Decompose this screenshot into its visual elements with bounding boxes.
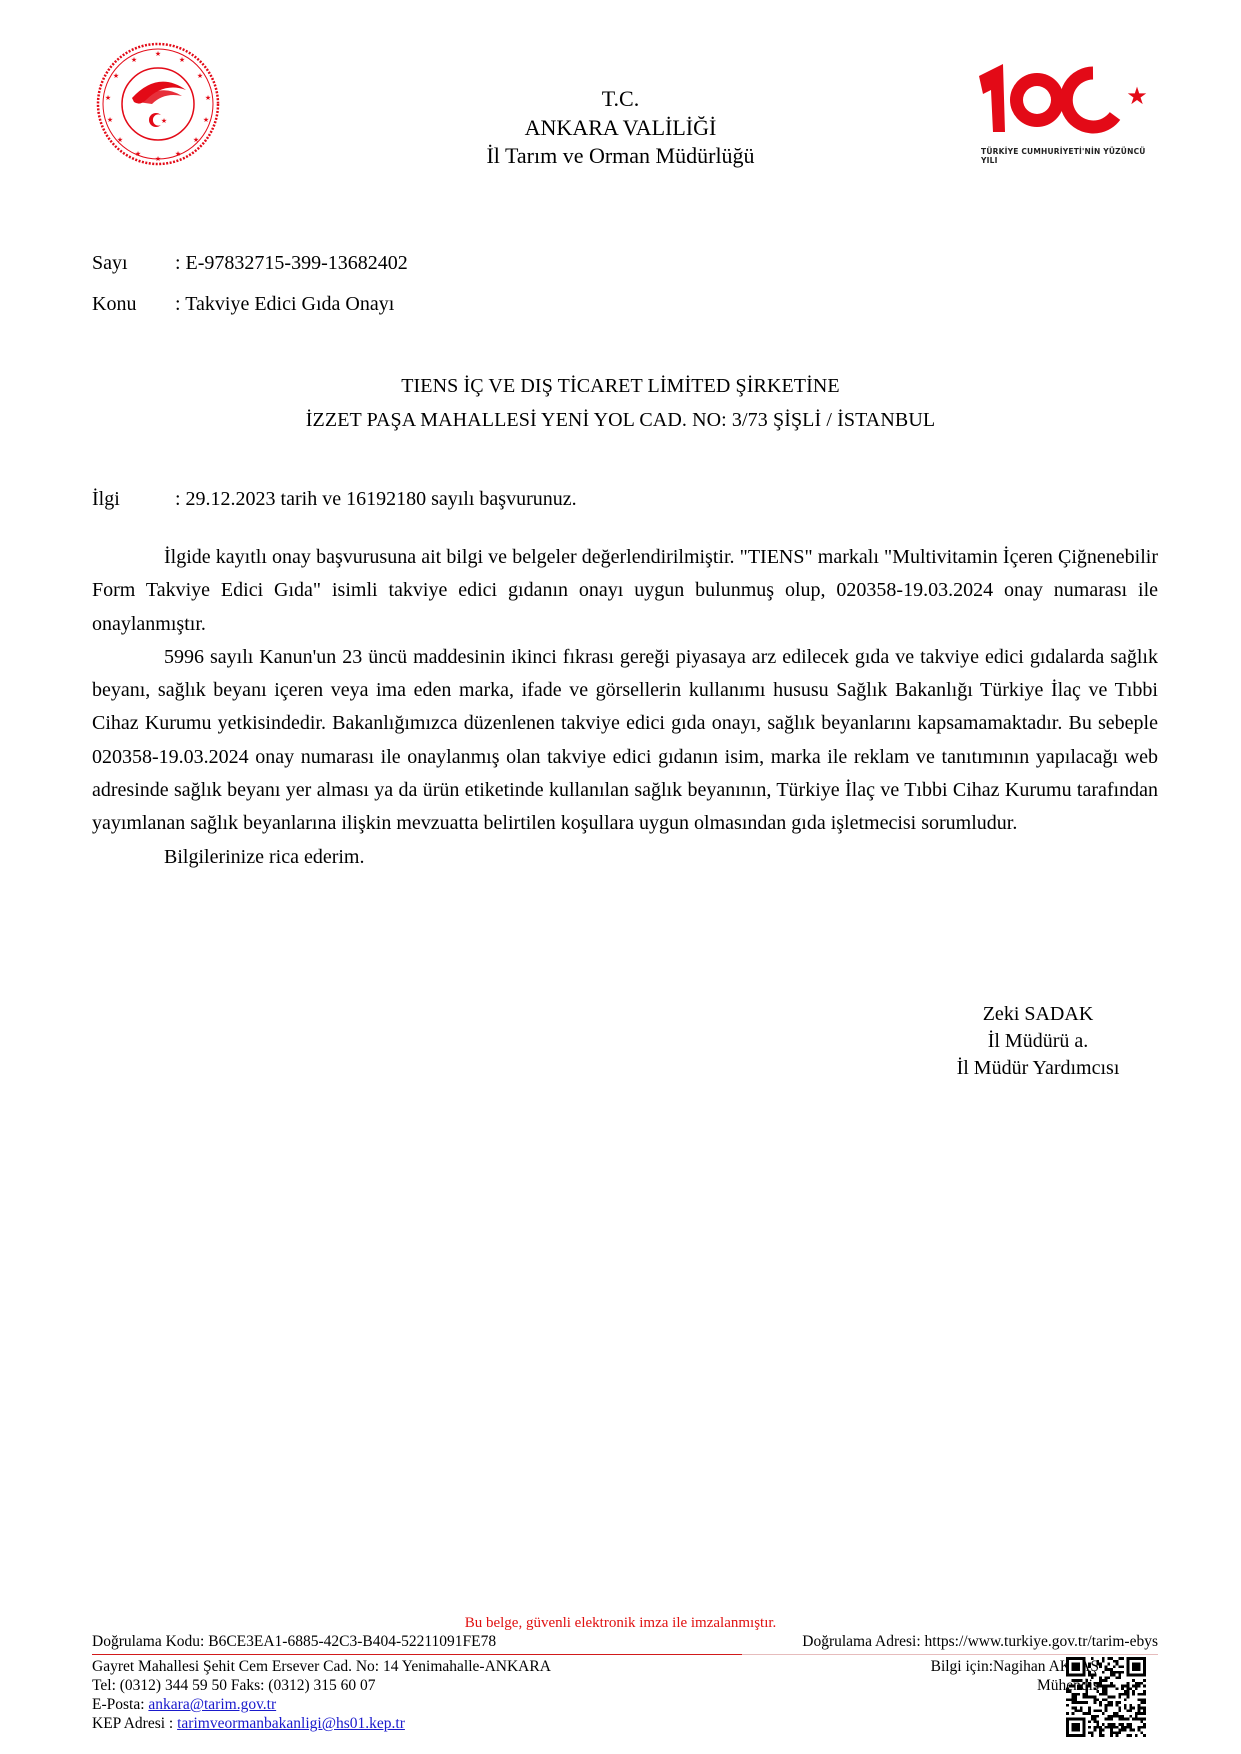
centennial-caption: TÜRKİYE CUMHURİYETİ'NİN YÜZÜNCÜ YILI	[975, 147, 1155, 165]
svg-text:★: ★	[179, 56, 185, 64]
footer-divider-grey	[742, 1654, 1158, 1655]
recipient-name: TIENS İÇ VE DIŞ TİCARET LİMİTED ŞİRKETİN…	[0, 374, 1241, 398]
qr-code	[1066, 1657, 1146, 1737]
email-label: E-Posta:	[92, 1696, 148, 1713]
signatory-role: İl Müdür Yardımcısı	[918, 1055, 1158, 1082]
body-paragraph-3: Bilgilerinize rica ederim.	[92, 841, 1158, 874]
email-link[interactable]: ankara@tarim.gov.tr	[148, 1696, 276, 1713]
kep-label: KEP Adresi :	[92, 1715, 177, 1732]
signature-block: Zeki SADAK İl Müdürü a. İl Müdür Yardımc…	[918, 1001, 1158, 1082]
esign-notice: Bu belge, güvenli elektronik imza ile im…	[0, 1614, 1241, 1632]
centennial-100-icon: ★	[975, 60, 1155, 136]
svg-text:★: ★	[131, 56, 137, 64]
svg-text:★: ★	[155, 50, 161, 58]
centennial-logo: ★ TÜRKİYE CUMHURİYETİ'NİN YÜZÜNCÜ YILI	[975, 60, 1155, 160]
ilgi-label: İlgi	[92, 487, 175, 511]
footer-divider-red	[92, 1654, 742, 1655]
office-phone: Tel: (0312) 344 59 50 Faks: (0312) 315 6…	[92, 1676, 376, 1695]
body-paragraph-1: İlgide kayıtlı onay başvurusuna ait bilg…	[92, 541, 1158, 641]
qr-code-icon	[1066, 1657, 1146, 1737]
konu-label: Konu	[92, 292, 175, 316]
recipient-address: İZZET PAŞA MAHALLESİ YENİ YOL CAD. NO: 3…	[0, 408, 1241, 432]
meta-sayi-row: Sayı: E-97832715-399-13682402	[92, 251, 408, 275]
verification-address: Doğrulama Adresi: https://www.turkiye.go…	[802, 1632, 1158, 1651]
body-paragraph-2: 5996 sayılı Kanun'un 23 üncü maddesinin …	[92, 641, 1158, 841]
letter-body: İlgide kayıtlı onay başvurusuna ait bilg…	[92, 541, 1158, 874]
signatory-title: İl Müdürü a.	[918, 1028, 1158, 1055]
konu-value: : Takviye Edici Gıda Onayı	[175, 293, 394, 315]
office-address: Gayret Mahallesi Şehit Cem Ersever Cad. …	[92, 1657, 551, 1676]
ilgi-row: İlgi: 29.12.2023 tarih ve 16192180 sayıl…	[92, 487, 577, 511]
ilgi-value: : 29.12.2023 tarih ve 16192180 sayılı ba…	[175, 488, 577, 510]
sayi-value: : E-97832715-399-13682402	[175, 252, 408, 274]
svg-text:★: ★	[1126, 82, 1148, 110]
sayi-label: Sayı	[92, 251, 175, 275]
signatory-name: Zeki SADAK	[918, 1001, 1158, 1028]
meta-konu-row: Konu: Takviye Edici Gıda Onayı	[92, 292, 394, 316]
office-email-row: E-Posta: ankara@tarim.gov.tr	[92, 1695, 276, 1714]
verification-code: Doğrulama Kodu: B6CE3EA1-6885-42C3-B404-…	[92, 1632, 496, 1651]
svg-text:★: ★	[113, 72, 119, 80]
svg-text:★: ★	[197, 72, 203, 80]
office-kep-row: KEP Adresi : tarimveormanbakanligi@hs01.…	[92, 1714, 405, 1733]
kep-link[interactable]: tarimveormanbakanligi@hs01.kep.tr	[177, 1715, 405, 1732]
